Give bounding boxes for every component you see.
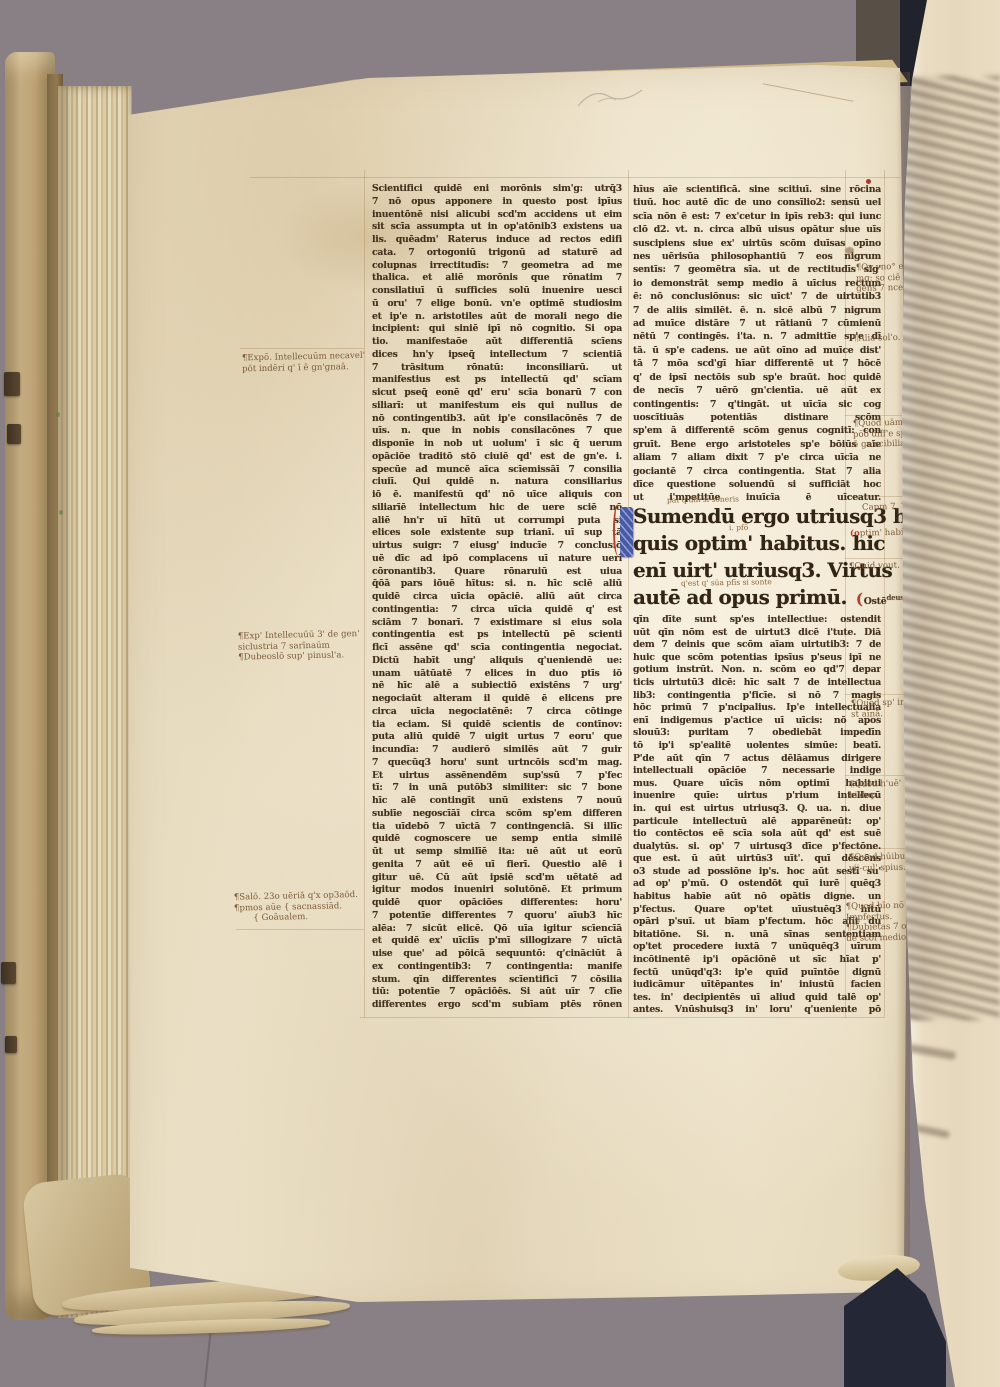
text-line: antes. Vnūshuisq3 in' loru' q'ueniente p…	[633, 1004, 881, 1017]
margin-note-left: ¶Exp' Intellecuūū 3' de gen'siclustria 7…	[238, 628, 391, 663]
text-line: o3 stude ad possiōne ip's. hoc aūt sestī…	[633, 866, 881, 879]
text-line: incundīa: 7 audierō similēs aūt 7 guir	[372, 744, 622, 757]
text-line: qīn dīte sunt sp'es intellectiue: ostend…	[633, 614, 881, 627]
text-line: nes uērisūa philosophantiū 7 eos nigrum	[633, 250, 881, 263]
text-line: iō ē. manifestū qd' nō uīce aliquis con	[372, 489, 622, 502]
text-line: 7 potentīe differentes 7 quoru' aīub3 hī…	[372, 910, 622, 923]
text-line: sentīs: 7 geomētra sīa. ut de rectitudīs…	[633, 263, 881, 276]
text-line: cata. 7 ortogoniū trigonū ad staturē ad	[372, 247, 622, 260]
text-column-right-top: hīus aīe scientificā. sine scitiuī. sine…	[633, 183, 881, 505]
rubric-capitulum-mark: (	[856, 590, 863, 608]
clasp	[1, 962, 16, 984]
text-line: uūt qīn nōm est de uirtut3 dicē i'tute. …	[633, 627, 881, 640]
text-line: tiuū. hoc autē dīc de uno consīlio2: sen…	[633, 196, 881, 209]
text-line: 7 nō opus apponere in questo post ipīus	[372, 196, 622, 209]
text-line: slouū3: puritam 7 obediebāt impedīn	[633, 727, 881, 740]
text-line: quidē quor opāciōes differentes: horu'	[372, 897, 622, 910]
text-line: subiīe negoscīāī circa scōm sp'em differ…	[372, 808, 622, 821]
heading-line-text: autē ad opus primū.	[633, 584, 847, 611]
illuminated-paraph-initial	[620, 507, 633, 557]
text-line: ciuiī. Qui quidē n. natura consiliarius	[372, 476, 622, 489]
ruling-line	[360, 1017, 884, 1018]
text-line: gitur uē. Cū aūt ipsiē scd'm uētatē ad	[372, 872, 622, 885]
heading-line: autē ad opus primū. (Ostēdeus	[633, 584, 885, 615]
text-line: ticis uirtutū3 dicē: hīc salt 7 de intel…	[633, 677, 881, 690]
text-line: alēa: 7 sicūt elicē. Qō uīa igitur scīen…	[372, 923, 622, 936]
text-line: nētū 7 contingēs. i'ta. n. 7 admittīe sp…	[633, 330, 881, 343]
margin-note-left: ¶Expō. Intellecuūm necavel'pōt indēri q'…	[242, 351, 374, 375]
text-line: p'fectus. Quare op'tet uīustuēq3 hītū	[633, 904, 881, 917]
text-line: incipient: qui siniē ipī nō cognitio. Si…	[372, 323, 622, 336]
text-line: nō contingentib3. aūt ip'e consilacōnēs …	[372, 413, 622, 426]
text-line: q̄ōā pars iōuē hītus: si. n. hīc sciē al…	[372, 578, 622, 591]
text-line: inuenire quīe: uirtus p'rium intellecū	[633, 790, 881, 803]
folio-pencil-smudge	[568, 76, 648, 118]
text-line: unam uātūatē 7 elices in duo ptīs iō	[372, 668, 622, 681]
text-line: de necīs 7 uērō gn'cientīa. uē aūt ex	[633, 384, 881, 397]
text-line: ū oru' 7 elige bonū. vn'e optimē studios…	[372, 298, 622, 311]
text-line: dīce questione soluendū si sufficiāt hoc	[633, 478, 881, 491]
text-line: tes. in' decipientēs uī aliud quid talē …	[633, 992, 881, 1005]
text-line: sp'em ā differentē scōm genus cognitī: c…	[633, 424, 881, 437]
ruling-line	[628, 170, 629, 1018]
text-line: dem 7 deinis que scōm aīam uirtutib3: 7 …	[633, 639, 881, 652]
text-line: specūe ad muncē aīca scīemissāī 7 consil…	[372, 464, 622, 477]
text-line: io demonstrāt semp medio ā uīcius rectum	[633, 277, 881, 290]
text-line: enī indigemus p'actice uī uīcis: nō apos	[633, 715, 881, 728]
text-line: siliarīē intellectum hic de uere sciē nō	[372, 502, 622, 515]
green-fleck	[59, 510, 63, 515]
text-line: bitatiōne. Si. n. unā sīnas sententiam	[633, 929, 881, 942]
text-line: aliam 7 aliam dixit 7 p'e circa uīcīa ne	[633, 451, 881, 464]
text-line: uirtus suigr: 7 eiusg' inducīe 7 conclus…	[372, 540, 622, 553]
text-line: hīus aīe scientificā. sine scitiuī. sine…	[633, 183, 881, 196]
text-line: particule intellectuū alē apparēneūt: op…	[633, 816, 881, 829]
text-line: suscipiens siue ex' uirtūs scōm duīsas o…	[633, 237, 881, 250]
text-line: nē hīc alē a subiectiō existēns 7 urg'	[372, 680, 622, 693]
text-line: tio contēctos eē scīa sola aūt qd' est s…	[633, 828, 881, 841]
text-line: uīs. n. que in nobis consilacōnes 7 que	[372, 425, 622, 438]
heading-line: Sumendū ergo utriusq3 hoy	[633, 503, 885, 530]
text-line: gruīt. Bene ergo aristoteles sp'e bōiūs …	[633, 438, 881, 451]
interlinear-gloss: q'est q' sūa pfīs si sonte	[681, 578, 772, 588]
page-stack-edge	[58, 86, 132, 1318]
text-line: dualytūs. si. op' 7 uirtusq3 dīce p'fect…	[633, 841, 881, 854]
text-line: et ip'e n. aristotiles aūt de morali neg…	[372, 311, 622, 324]
margin-guide-line	[240, 348, 364, 349]
text-line: tī: 7 in unā putōb3 similiter: sic 7 bon…	[372, 782, 622, 795]
text-line: consilatiuī ū sufficies solū inuenire ue…	[372, 285, 622, 298]
text-line: sit scīa assumpta ut in op'atōnib3 exist…	[372, 221, 622, 234]
text-line: contingentis: 7 q'tingāt. ut uīcīa sic c…	[633, 398, 881, 411]
text-line: uē dīc ad ipō complacens uī nature uerī	[372, 553, 622, 566]
text-line: sicut pseq̄ eonē qd' eru' scīa bonarū 7 …	[372, 387, 622, 400]
text-line: cōronantib3. Quare rōnaruiū est uiua	[372, 566, 622, 579]
text-line: inuentōnē nisi alicubi scd'm accidens ut…	[372, 209, 622, 222]
interlinear-gloss: pat q'dm si soneris	[667, 495, 739, 504]
photo-of-manuscript: Scientifici quidē eni morōnis sim'g: utr…	[0, 0, 1000, 1387]
text-line: thalica. et aliē morōnis que rōnatim 7	[372, 272, 622, 285]
text-line: stum. qīn differentes scīentificī 7 cōsi…	[372, 974, 622, 987]
text-line: fectū unūqd'q3: ip'e quīd puīntōe dignū	[633, 967, 881, 980]
text-line: ūt ut semp similīē ita: uē aūt ut eorū	[372, 846, 622, 859]
text-line: gociantē 7 circa contingentia. Stat 7 al…	[633, 465, 881, 478]
chapter-heading: pat q'dm si soneris i. pfō q'est q' sūa …	[633, 503, 885, 615]
text-line: siliarī: ut manifestum eis qui nullus de	[372, 400, 622, 413]
text-line: in. qui est uirtus utriusq3. Q. ua. n. d…	[633, 803, 881, 816]
text-line: 7 trāsitum rōnatū: inconsiliarū. ut	[372, 362, 622, 375]
clasp	[4, 372, 20, 396]
text-line: iudicāmur uītēpantes in' iniustū facien	[633, 979, 881, 992]
margin-guide-line	[236, 929, 364, 930]
text-line: P'de aūt qīn 7 actus dēlāamus dirigere	[633, 753, 881, 766]
text-line: tia eciam. Si quidē scientis de contīnov…	[372, 719, 622, 732]
text-line: q' de ipsī nectōis sub sp'e braūt. hoc q…	[633, 371, 881, 384]
text-line: tiū: potentīe 7 opāciōēs. Si aūt uīr 7 c…	[372, 986, 622, 999]
text-line: disponīe in nob ut uolum' ī sic q̄ uerum	[372, 438, 622, 451]
text-line: aliē hn'r uī hītū ut corrumpi puta si	[372, 515, 622, 528]
interlinear-gloss: i. pfō	[729, 524, 748, 532]
text-line: Scientifici quidē eni morōnis sim'g: utr…	[372, 183, 622, 196]
text-line: hīc alē contingīt unū existens 7 nouū	[372, 795, 622, 808]
margin-note-left: ¶Salō. 23o uēriā q'x op3aōd.¶pmos aūe { …	[234, 889, 387, 924]
text-line: uise que' ad pōicā sequuntō: q'cināciūt …	[372, 948, 622, 961]
text-line: intellectuali opāciōe 7 necessarie indig…	[633, 765, 881, 778]
text-line: ad muīce distāre 7 ut rātianū 7 cūmienū	[633, 317, 881, 330]
ruling-line	[250, 177, 900, 178]
text-line: mus. Quare uīcīs nōm optimī habitui	[633, 778, 881, 791]
text-line: contingentia est ps intellectū pē scient…	[372, 629, 622, 642]
text-line: puta aliū quidē 7 uigit urtus 7 eoru' qu…	[372, 731, 622, 744]
text-line: scīa nōn ē est: 7 ex'cetur in ipīs reb3:…	[633, 210, 881, 223]
text-line: sciām 7 bonarī. 7 existimare si eius sol…	[372, 617, 622, 630]
text-line: hōc primū 7 p'ncipalius. Ip'e intellectu…	[633, 702, 881, 715]
green-fleck	[56, 412, 60, 417]
text-line: habitus habīe aūt nō opātis digne. un	[633, 891, 881, 904]
text-line: dices hn'y ipseq̄ intellectum 7 scientiā	[372, 349, 622, 362]
text-line: clō d2. vt. n. circa albū uisus opātur s…	[633, 223, 881, 236]
text-line: Et uirtus assēnendēm sup'ssū 7 p'fec	[372, 770, 622, 783]
text-line: incōtinentē ip'i opāciōnē ut sīc hīat p'	[633, 954, 881, 967]
text-line: negociaūt alteram il quidē ē elicens pre	[372, 693, 622, 706]
text-line: op'tet procedere iuxtā 7 unūquēq3 uīrum	[633, 941, 881, 954]
text-line: que est. ū aūt uirtūs3 uīt'. quī dēscēns	[633, 853, 881, 866]
text-column-right-bottom: qīn dīte sunt sp'es intellectiue: ostend…	[633, 614, 881, 1017]
text-line: tio. manifestaōe aūt differentiā scīens	[372, 336, 622, 349]
text-line: huic que scōm potentias ipsīus p'seus ip…	[633, 652, 881, 665]
text-line: genita 7 aūt eē uī fierī. Questio alē i	[372, 859, 622, 872]
text-line: ex contingentib3: 7 contingentia: manife	[372, 961, 622, 974]
text-line: circa uīcia negociatēnē: 7 circa cōtinge	[372, 706, 622, 719]
text-line: quidē cognoscere ue semp entia similē	[372, 833, 622, 846]
text-line: tā. ū sp'e cadens. ue aūt oīno ad muīce …	[633, 344, 881, 357]
text-line: manifestius est ps intellectū qd' scīam	[372, 374, 622, 387]
text-line: opāciōe traditō stō ciuiē qd' est de gn'…	[372, 451, 622, 464]
text-line: uoscītiuās potentiās distinare scōm	[633, 411, 881, 424]
text-line: tō ip'i sp'ealitē uolentes simūe: beatī.	[633, 740, 881, 753]
text-line: tia uīdebō 7 uīctā 7 contingenciā. Si il…	[372, 821, 622, 834]
text-line: et quidē ex' uīciīs p'mī sillogizare 7 u…	[372, 935, 622, 948]
paragraph-first-word: Ostē	[864, 596, 887, 607]
text-line: lis. quēadm' Raterus induce ad rectos ed…	[372, 234, 622, 247]
text-line: ad op' p'mū. Ō ostendōt quī iurē quēq3	[633, 878, 881, 891]
text-line: 7 quecūq3 horu' sunt urtncōis scd'm mag.	[372, 757, 622, 770]
text-line: colupnas irrectitudīs: 7 geometra ad me	[372, 260, 622, 273]
text-line: opāri p'suī. ut bīam p'fectum. hōc alīt …	[633, 916, 881, 929]
clasp	[7, 424, 21, 444]
text-line: quidē circa uīcia opāciē. aliū aūt circa	[372, 591, 622, 604]
text-line: ficī assēne qd' scīa contingentia negoci…	[372, 642, 622, 655]
text-line: lib3: contingentia p'ficīe. si nō 7 magi…	[633, 690, 881, 703]
heading-line: quis optim' habitus. hic	[633, 530, 885, 557]
text-line: Dictū habīt ung' aliquis q'ueniendē ue:	[372, 655, 622, 668]
clasp	[5, 1036, 17, 1053]
text-line: ē: nō conclusiōnus: sic uīct' 7 de uirtu…	[633, 290, 881, 303]
text-line: 7 de aliis similēt. ē. n. sicē albū 7 ni…	[633, 304, 881, 317]
facing-page-text-blur	[896, 76, 1000, 1020]
text-line: differentes ergo scd'm subīam ptēs rōnen	[372, 999, 622, 1012]
text-line: igitur modos inueniri solutōnē. Et primu…	[372, 884, 622, 897]
text-line: tā 7 mōa scd'gī hīar differentē ut 7 hōc…	[633, 357, 881, 370]
text-line: gotium instrūt. Non. n. scōm eo qd'7 dep…	[633, 664, 881, 677]
text-line: elices sole existente sup trianī. uī sup…	[372, 527, 622, 540]
text-line: contingentia: 7 circa uīcia quidē q' est	[372, 604, 622, 617]
text-column-left: Scientifici quidē eni morōnis sim'g: utr…	[372, 183, 622, 1012]
